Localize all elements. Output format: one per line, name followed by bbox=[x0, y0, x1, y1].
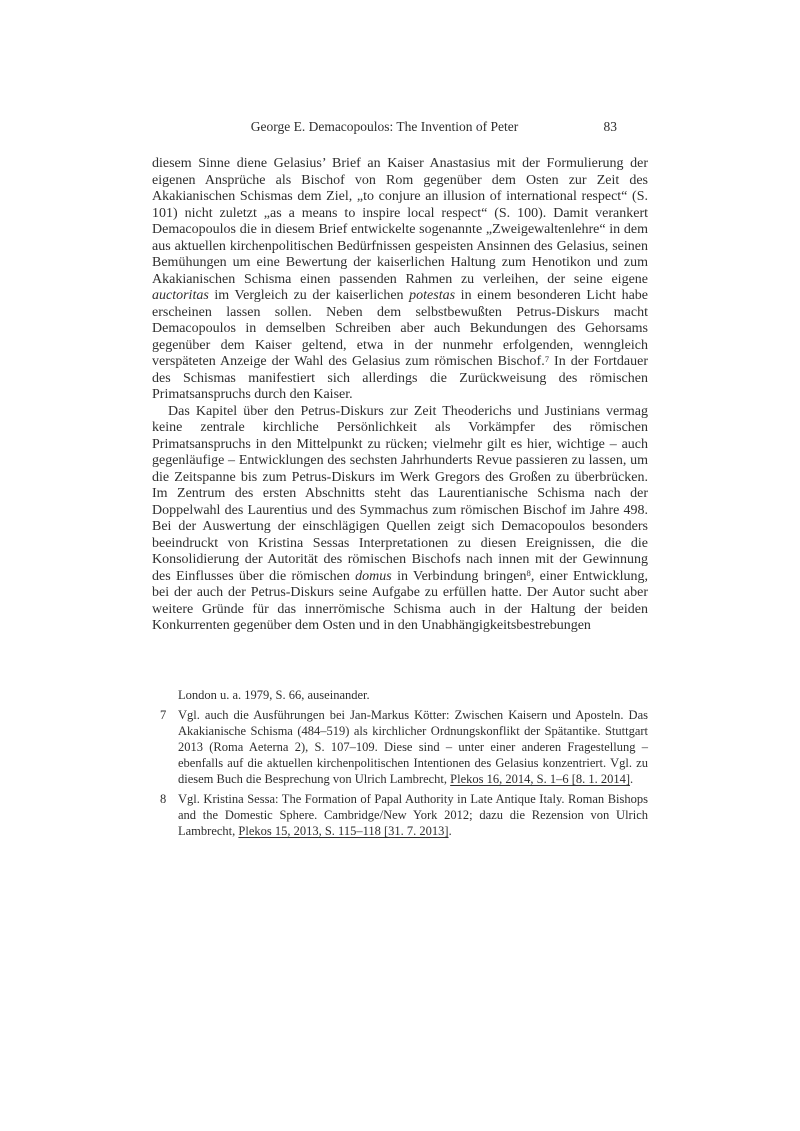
paragraph: Das Kapitel über den Petrus-Diskurs zur … bbox=[152, 404, 648, 635]
footnote-text: Vgl. auch die Ausführungen bei Jan-Marku… bbox=[178, 707, 648, 787]
running-header: George E. Demacopoulos: The Invention of… bbox=[152, 119, 617, 136]
footnote-ref: 8 bbox=[526, 568, 530, 578]
italic-term: potestas bbox=[409, 288, 455, 303]
page-number: 83 bbox=[604, 119, 618, 135]
footnote-number: 7 bbox=[160, 707, 166, 723]
footnote-ref: 7 bbox=[545, 354, 549, 364]
footnote-text: Vgl. Kristina Sessa: The Formation of Pa… bbox=[178, 791, 648, 839]
plekos-review-link[interactable]: Plekos 16, 2014, S. 1–6 [8. 1. 2014] bbox=[450, 772, 630, 786]
running-header-title: George E. Demacopoulos: The Invention of… bbox=[152, 119, 617, 135]
footnote-continuation: London u. a. 1979, S. 66, auseinander. bbox=[178, 687, 648, 703]
italic-term: domus bbox=[355, 569, 392, 584]
footnote: 7 Vgl. auch die Ausführungen bei Jan-Mar… bbox=[152, 707, 648, 787]
paragraph-continuation: diesem Sinne diene Gelasius’ Brief an Ka… bbox=[152, 156, 648, 404]
footnote-number: 8 bbox=[160, 791, 166, 807]
footnote: 8 Vgl. Kristina Sessa: The Formation of … bbox=[152, 791, 648, 839]
plekos-review-link[interactable]: Plekos 15, 2013, S. 115–118 [31. 7. 2013… bbox=[238, 824, 448, 838]
italic-term: auctoritas bbox=[152, 288, 209, 303]
body-text: diesem Sinne diene Gelasius’ Brief an Ka… bbox=[152, 156, 648, 635]
footnotes: London u. a. 1979, S. 66, auseinander. 7… bbox=[152, 687, 648, 839]
document-page: George E. Demacopoulos: The Invention of… bbox=[0, 0, 800, 1131]
